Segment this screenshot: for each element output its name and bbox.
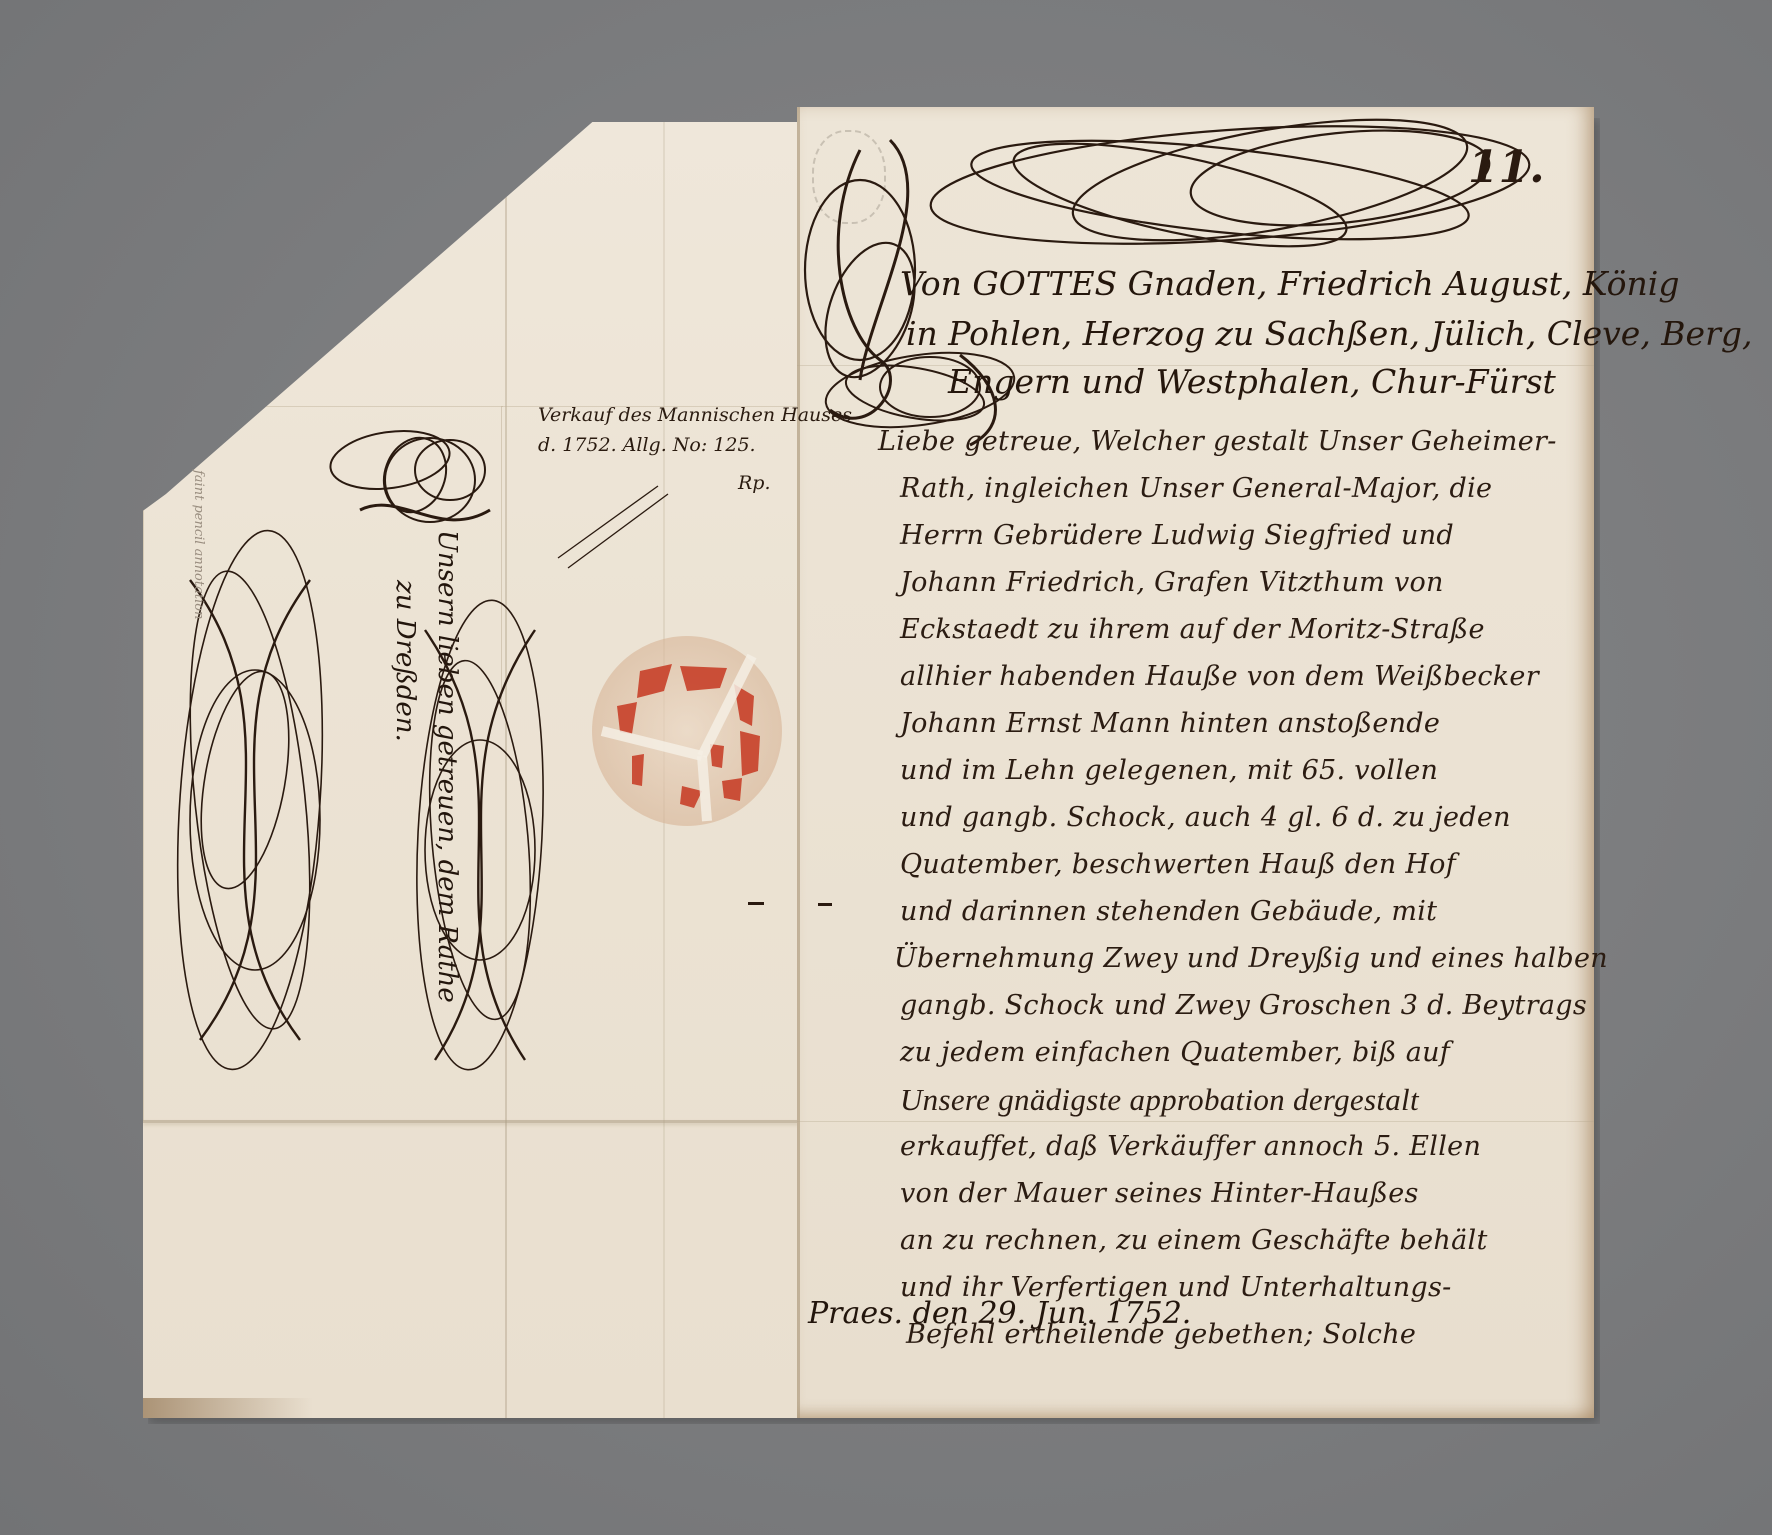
center-fold	[797, 107, 800, 1418]
fold-panel-outline	[501, 406, 503, 707]
body-line: Rath, ingleichen Unser General-Major, di…	[900, 473, 1492, 504]
date-received-note: Praes. den 29. Jun. 1752.	[808, 1296, 1191, 1331]
wax-seal	[592, 636, 782, 826]
body-line: und darinnen stehenden Gebäude, mit	[900, 896, 1437, 927]
docket-initials: Rp.	[738, 470, 771, 496]
heading-line-3: Engern und Westphalen, Chur-Fürst	[948, 360, 1556, 404]
body-line: Eckstaedt zu ihrem auf der Moritz-Straße	[900, 614, 1485, 645]
body-line: Herrn Gebrüdere Ludwig Siegfried und	[900, 520, 1454, 551]
body-line: Johann Ernst Mann hinten anstoßende	[900, 708, 1440, 739]
archive-stamp	[812, 130, 886, 224]
heading-line-2: in Pohlen, Herzog zu Sachßen, Jülich, Cl…	[906, 312, 1752, 356]
body-line: Johann Friedrich, Grafen Vitzthum von	[900, 567, 1444, 598]
ink-dash	[748, 902, 764, 905]
address-line-1: Unsern lieben getreuen, dem Rathe	[432, 530, 462, 1003]
body-line: erkauffet, daß Verkäuffer annoch 5. Elle…	[900, 1131, 1481, 1162]
fold-line-horizontal	[797, 1121, 1594, 1122]
body-line: Übernehmung Zwey und Dreyßig und eines h…	[894, 943, 1608, 974]
body-line: Quatember, beschwerten Hauß den Hof	[900, 849, 1456, 880]
body-line: von der Mauer seines Hinter-Haußes	[900, 1178, 1419, 1209]
body-line: Liebe getreue, Welcher gestalt Unser Geh…	[878, 426, 1557, 457]
body-line: und gangb. Schock, auch 4 gl. 6 d. zu je…	[900, 802, 1511, 833]
ink-dash	[818, 903, 832, 906]
page-number: 11.	[1468, 142, 1545, 193]
body-line: zu jedem einfachen Quatember, biß auf	[900, 1037, 1450, 1068]
pencil-annotation: faint pencil annotation	[191, 470, 206, 619]
body-line: an zu rechnen, zu einem Geschäfte behält	[900, 1225, 1488, 1256]
body-line: allhier habenden Hauße von dem Weißbecke…	[900, 661, 1539, 692]
edge-stain	[143, 1398, 313, 1418]
body-line: gangb. Schock und Zwey Groschen 3 d. Bey…	[900, 990, 1587, 1021]
address-line-2: zu Dreßden.	[390, 580, 420, 742]
body-line: Unsere gnädigste approbation dergestalt	[900, 1082, 1419, 1118]
body-line: und im Lehn gelegenen, mit 65. vollen	[900, 755, 1438, 786]
heading-line-1: Von GOTTES Gnaden, Friedrich August, Kön…	[900, 262, 1679, 306]
wax-seal-fragments	[592, 636, 782, 826]
docket-note-line-2: d. 1752. Allg. No: 125.	[538, 432, 756, 458]
docket-note-line-1: Verkauf des Mannischen Hauses	[538, 402, 852, 428]
